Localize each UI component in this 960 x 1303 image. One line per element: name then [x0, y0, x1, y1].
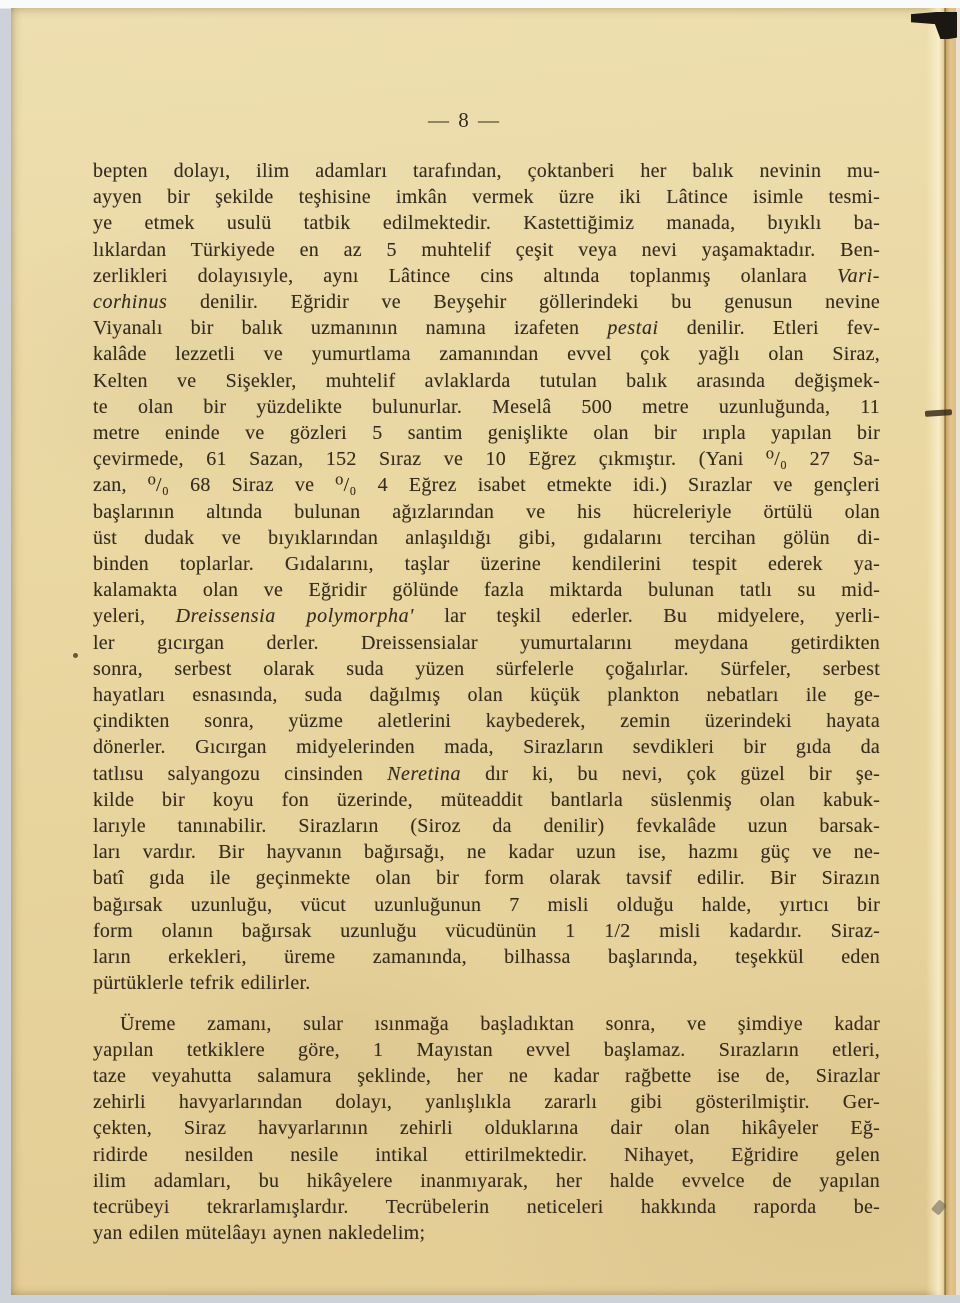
text-segment: dönerler. Gıcırgan midyelerinden mada, S… [93, 736, 880, 758]
text-segment: çekten, Siraz havyarlarının zehirli oldu… [93, 1117, 880, 1139]
text-line: batî gıda ile geçinmekte olan bir form o… [93, 865, 880, 891]
text-block: bepten dolayı, ilim adamları tarafından,… [93, 158, 880, 1246]
text-segment: sonra, serbest olarak suda yüzen sürfele… [93, 658, 880, 680]
text-line: binden toplarlar. Gıdalarını, taşlar üze… [93, 551, 880, 577]
text-segment: denilir. Etleri fev- [659, 317, 880, 339]
text-segment: ye etmek usulü tatbik edilmektedir. Kast… [93, 212, 880, 234]
text-line: form olanın bağırsak uzunluğu vücudünün … [93, 918, 880, 944]
paper-speck [73, 653, 78, 658]
text-line: çekten, Siraz havyarlarının zehirli oldu… [93, 1115, 880, 1141]
text-line: ye etmek usulü tatbik edilmektedir. Kast… [93, 210, 880, 236]
text-line: tatlısu salyangozu cinsinden Neretina dı… [93, 761, 880, 787]
text-line: bepten dolayı, ilim adamları tarafından,… [93, 158, 880, 184]
latin-species-name: Neretina [387, 763, 461, 785]
text-line: tecrübeyi tekrarlamışlardır. Tecrübeleri… [93, 1194, 880, 1220]
text-line: çindikten sonra, yüzme aletlerini kaybed… [93, 708, 880, 734]
text-line: ayyen bir şekilde teşhisine imkân vermek… [93, 184, 880, 210]
text-segment: metre eninde ve gözleri 5 santim genişli… [93, 422, 880, 444]
text-line: hayatları esnasında, suda dağılmış olan … [93, 682, 880, 708]
text-segment: tecrübeyi tekrarlamışlardır. Tecrübeleri… [93, 1196, 880, 1218]
text-segment: üst dudak ve bıyıklarından anlaşıldığı g… [93, 527, 880, 549]
text-segment: taze veyahutta salamura şeklinde, her ne… [93, 1065, 880, 1087]
page-number: — 8 — [93, 108, 880, 133]
text-line: zehirli havyarlarından dolayı, yanlışlık… [93, 1089, 880, 1115]
text-line: kilde bir koyu fon üzerinde, müteaddit b… [93, 787, 880, 813]
text-line: yapılan tetkiklere göre, 1 Mayıstan evve… [93, 1037, 880, 1063]
text-segment: Kelten ve Sişekler, muhtelif avlaklarda … [93, 370, 880, 392]
text-line: çevirmede, 61 Sazan, 152 Sıraz ve 10 Eğr… [93, 446, 880, 472]
book-page-paper: — 8 — bepten dolayı, ilim adamları taraf… [11, 8, 960, 1295]
text-segment: kilde bir koyu fon üzerinde, müteaddit b… [93, 789, 880, 811]
text-line: üst dudak ve bıyıklarından anlaşıldığı g… [93, 525, 880, 551]
text-line: lıklardan Türkiyede en az 5 muhtelif çeş… [93, 237, 880, 263]
text-segment: Viyanalı bir balık uzmanının namına izaf… [93, 317, 607, 339]
text-segment: dır ki, bu nevi, çok güzel bir şe- [461, 763, 880, 785]
text-line: yan edilen mütelâayı aynen nakledelim; [93, 1220, 880, 1246]
text-segment: larıyle tanınabilir. Sirazların (Siroz d… [93, 815, 880, 837]
text-segment: başlarının altında bulunan ağızlarından … [93, 501, 880, 523]
text-segment: kalamakta olan ve Eğridir gölünde fazla … [93, 579, 880, 601]
text-line: ridirde nesilden nesile intikal ettirilm… [93, 1142, 880, 1168]
paragraph-2: Üreme zamanı, sular ısınmağa başladıktan… [93, 1011, 880, 1247]
page-fold-edge [926, 8, 960, 1295]
text-segment: yeleri, [93, 605, 176, 627]
text-segment: kalâde lezzetli ve yumurtlama zamanından… [93, 343, 880, 365]
text-segment: binden toplarlar. Gıdalarını, taşlar üze… [93, 553, 880, 575]
text-segment: ları vardır. Bir hayvanın bağırsağı, ne … [93, 841, 880, 863]
text-line: taze veyahutta salamura şeklinde, her ne… [93, 1063, 880, 1089]
text-segment: pürtüklerle tefrik edilirler. [93, 972, 311, 994]
latin-species-name: Dreissensia polymorpha' [176, 605, 414, 627]
text-line: Üreme zamanı, sular ısınmağa başladıktan… [93, 1011, 880, 1037]
text-line: bağırsak uzunluğu, vücut uzunluğunun 7 m… [93, 892, 880, 918]
text-segment: zan, ⁰/₀ 68 Siraz ve ⁰/₀ 4 Eğrez isabet … [93, 474, 880, 496]
text-segment: ayyen bir şekilde teşhisine imkân vermek… [93, 186, 880, 208]
text-line: Kelten ve Sişekler, muhtelif avlaklarda … [93, 368, 880, 394]
text-line: kalâde lezzetli ve yumurtlama zamanından… [93, 341, 880, 367]
text-line: dönerler. Gıcırgan midyelerinden mada, S… [93, 734, 880, 760]
text-segment: lıklardan Türkiyede en az 5 muhtelif çeş… [93, 239, 880, 261]
text-line: te olan bir yüzdelikte bulunurlar. Mesel… [93, 394, 880, 420]
text-segment: yan edilen mütelâayı aynen nakledelim; [93, 1222, 425, 1244]
text-line: yeleri, Dreissensia polymorpha' lar teşk… [93, 603, 880, 629]
latin-species-name: corhinus [93, 291, 167, 313]
text-segment: ridirde nesilden nesile intikal ettirilm… [93, 1144, 880, 1166]
text-segment: form olanın bağırsak uzunluğu vücudünün … [93, 920, 880, 942]
text-segment: zehirli havyarlarından dolayı, yanlışlık… [93, 1091, 880, 1113]
text-segment: hayatları esnasında, suda dağılmış olan … [93, 684, 880, 706]
scan-background: { "page": { "number": "8", "number_label… [0, 0, 960, 1303]
text-line: ler gıcırgan derler. Dreissensialar yumu… [93, 630, 880, 656]
text-line: başlarının altında bulunan ağızlarından … [93, 499, 880, 525]
text-line: larıyle tanınabilir. Sirazların (Siroz d… [93, 813, 880, 839]
text-segment: yapılan tetkiklere göre, 1 Mayıstan evve… [93, 1039, 880, 1061]
text-line: Viyanalı bir balık uzmanının namına izaf… [93, 315, 880, 341]
text-line: zerlikleri dolayısıyle, aynı Lâtince cin… [93, 263, 880, 289]
text-line: kalamakta olan ve Eğridir gölünde fazla … [93, 577, 880, 603]
text-line: corhinus denilir. Eğridir ve Beyşehir gö… [93, 289, 880, 315]
text-segment: çindikten sonra, yüzme aletlerini kaybed… [93, 710, 880, 732]
text-segment: batî gıda ile geçinmekte olan bir form o… [93, 867, 880, 889]
text-segment: çevirmede, 61 Sazan, 152 Sıraz ve 10 Eğr… [93, 448, 880, 470]
text-line: zan, ⁰/₀ 68 Siraz ve ⁰/₀ 4 Eğrez isabet … [93, 472, 880, 498]
text-segment: ler gıcırgan derler. Dreissensialar yumu… [93, 632, 880, 654]
text-segment: tatlısu salyangozu cinsinden [93, 763, 387, 785]
text-line: ilim adamları, bu hikâyelere inanmıyarak… [93, 1168, 880, 1194]
page-right-edge-highlight [956, 8, 960, 1295]
text-segment: denilir. Eğridir ve Beyşehir göllerindek… [167, 291, 880, 313]
text-line: metre eninde ve gözleri 5 santim genişli… [93, 420, 880, 446]
text-segment: zerlikleri dolayısıyle, aynı Lâtince cin… [93, 265, 837, 287]
latin-species-name: Vari- [837, 265, 880, 287]
text-segment: lar teşkil ederler. Bu midyelere, yerli- [414, 605, 880, 627]
text-segment: te olan bir yüzdelikte bulunurlar. Mesel… [93, 396, 880, 418]
text-segment: bağırsak uzunluğu, vücut uzunluğunun 7 m… [93, 894, 880, 916]
text-segment: bepten dolayı, ilim adamları tarafından,… [93, 160, 880, 182]
text-segment: ların erkekleri, üreme zamanında, bilhas… [93, 946, 880, 968]
paragraph-1: bepten dolayı, ilim adamları tarafından,… [93, 158, 880, 997]
text-segment: ilim adamları, bu hikâyelere inanmıyarak… [93, 1170, 880, 1192]
text-line: ların erkekleri, üreme zamanında, bilhas… [93, 944, 880, 970]
text-segment: Üreme zamanı, sular ısınmağa başladıktan… [120, 1013, 880, 1035]
text-line: pürtüklerle tefrik edilirler. [93, 970, 880, 996]
latin-species-name: pestai [607, 317, 658, 339]
text-line: ları vardır. Bir hayvanın bağırsağı, ne … [93, 839, 880, 865]
text-line: sonra, serbest olarak suda yüzen sürfele… [93, 656, 880, 682]
